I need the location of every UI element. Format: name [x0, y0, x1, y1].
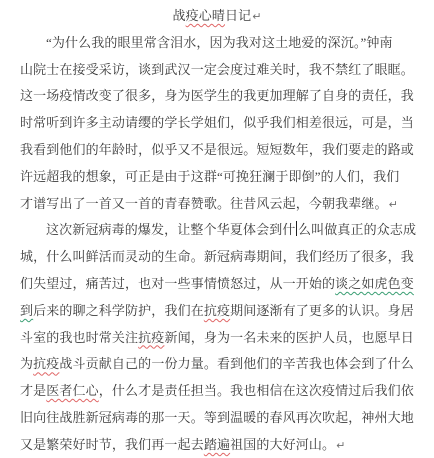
grammar-flagged-text: 谈之如虎色变 — [335, 276, 414, 291]
text-run: “为什么我的眼里常含泪水，因为我对这土地爱的深沉。”钟南 — [46, 35, 393, 50]
text-line[interactable]: 斗室的我也时常关注抗疫新闻，身为一名未来的医护人员，也愿早日 — [20, 325, 414, 352]
document-body: 战疫心晴日记↵“为什么我的眼里常含泪水，因为我对这土地爱的深沉。”钟南山院士在接… — [20, 3, 414, 458]
spellcheck-flagged-text: 踏遍 — [204, 437, 230, 452]
text-run: 时常听到许多主动请缨的学长学姐们，似乎我们相差很远，可是，当 — [20, 115, 414, 130]
text-run: 许远超我的想象，可正是由于这群“可挽狂澜于即倒”的人们，我们 — [20, 169, 399, 184]
text-run: 城，什么叫鲜活而灵动的生命。新冠病毒期间，我们经历了很多，我 — [20, 249, 414, 264]
text-run: 我看到他们的年龄时，似乎又不是很远。短短数年，我们要走的路或 — [20, 142, 414, 157]
text-line[interactable]: 为抗疫战斗贡献自己的一份力量。看到他们的辛苦我也体会到了什么 — [20, 351, 414, 378]
grammar-flagged-text: 到 — [20, 303, 33, 318]
text-run: 才谱写出了一首又一首的青春赞歌。往昔风云起，今朝我辈继。 — [20, 196, 388, 211]
spellcheck-flagged-text: 抗疫 — [33, 356, 59, 371]
text-line[interactable]: 又是繁荣好时节，我们再一起去踏遍祖国的大好河山。↵ — [20, 432, 414, 458]
text-run: 山院士在接受采访，谈到武汉一定会度过难关时，我不禁红了眼眶。 — [20, 62, 414, 77]
document-page[interactable]: 战疫心晴日记↵“为什么我的眼里常含泪水，因为我对这土地爱的深沉。”钟南山院士在接… — [0, 0, 434, 458]
text-line[interactable]: 才谱写出了一首又一首的青春赞歌。往昔风云起，今朝我辈继。↵ — [20, 191, 414, 218]
text-line[interactable]: 时常听到许多主动请缨的学长学姐们，似乎我们相差很远，可是，当 — [20, 110, 414, 137]
text-run: 后来的聊之科学防护，我们在 — [33, 303, 204, 318]
text-run: 战斗贡献自己的一份力量。看到他们的辛苦我也体会到了什么 — [59, 356, 414, 371]
text-line[interactable]: 这次新冠病毒的爆发，让整个华夏体会到什么叫做真正的众志成 — [20, 217, 414, 244]
document-title[interactable]: 战疫心晴日记↵ — [20, 3, 414, 30]
text-run: 才是 — [20, 383, 46, 398]
text-run: 战 — [172, 8, 185, 23]
spellcheck-flagged-text: 医者仁心 — [46, 383, 99, 398]
text-line[interactable]: 才是医者仁心，什么才是责任担当。我也相信在这次疫情过后我们依 — [20, 378, 414, 405]
text-run: 这次新冠病毒的爆发，让整个华夏体会到什 — [46, 222, 295, 237]
text-run: 斗室的我也时常关注 — [20, 330, 138, 345]
text-run: 日记 — [225, 8, 251, 23]
text-run: 这一场疫情改变了很多，身为医学生的我更加理解了自身的责任，我 — [20, 88, 414, 103]
text-line[interactable]: 许远超我的想象，可正是由于这群“可挽狂澜于即倒”的人们，我们 — [20, 164, 414, 191]
text-line[interactable]: 们失望过，痛苦过，也对一些事情愤怒过，从一开始的谈之如虎色变 — [20, 271, 414, 298]
text-line[interactable]: 这一场疫情改变了很多，身为医学生的我更加理解了自身的责任，我 — [20, 83, 414, 110]
text-line[interactable]: 旧向往战胜新冠病毒的那一天。等到温暖的春风再次吹起，神州大地 — [20, 405, 414, 432]
spellcheck-flagged-text: 抗疫 — [204, 303, 230, 318]
spellcheck-flagged-text: 抗疫 — [138, 330, 164, 345]
text-run: 为 — [20, 356, 33, 371]
text-run: 又是繁荣好时节，我们再一起去 — [20, 437, 204, 452]
text-line[interactable]: “为什么我的眼里常含泪水，因为我对这土地爱的深沉。”钟南 — [20, 30, 414, 57]
text-run: 么叫做真正的众志成 — [298, 222, 416, 237]
text-run: 祖国的大好河山。 — [230, 437, 335, 452]
paragraph-mark-icon: ↵ — [388, 198, 398, 211]
text-line[interactable]: 城，什么叫鲜活而灵动的生命。新冠病毒期间，我们经历了很多，我 — [20, 244, 414, 271]
text-run: 期间逐渐有了更多的认识。身居 — [230, 303, 414, 318]
text-line[interactable]: 我看到他们的年龄时，似乎又不是很远。短短数年，我们要走的路或 — [20, 137, 414, 164]
text-line[interactable]: 山院士在接受采访，谈到武汉一定会度过难关时，我不禁红了眼眶。 — [20, 57, 414, 84]
text-run: ，什么才是责任担当。我也相信在这次疫情过后我们依 — [99, 383, 414, 398]
spellcheck-flagged-text: 疫心晴 — [186, 8, 225, 23]
text-run: 新闻，身为一名未来的医护人员，也愿早日 — [164, 330, 413, 345]
text-run: 旧向往战胜新冠病毒的那一天。等到温暖的春风再次吹起，神州大地 — [20, 410, 414, 425]
text-run: 们失望过，痛苦过，也对一些事情愤怒过，从一开始的 — [20, 276, 335, 291]
paragraph-mark-icon: ↵ — [335, 439, 345, 452]
text-line[interactable]: 到后来的聊之科学防护，我们在抗疫期间逐渐有了更多的认识。身居 — [20, 298, 414, 325]
paragraph-mark-icon: ↵ — [251, 10, 261, 23]
